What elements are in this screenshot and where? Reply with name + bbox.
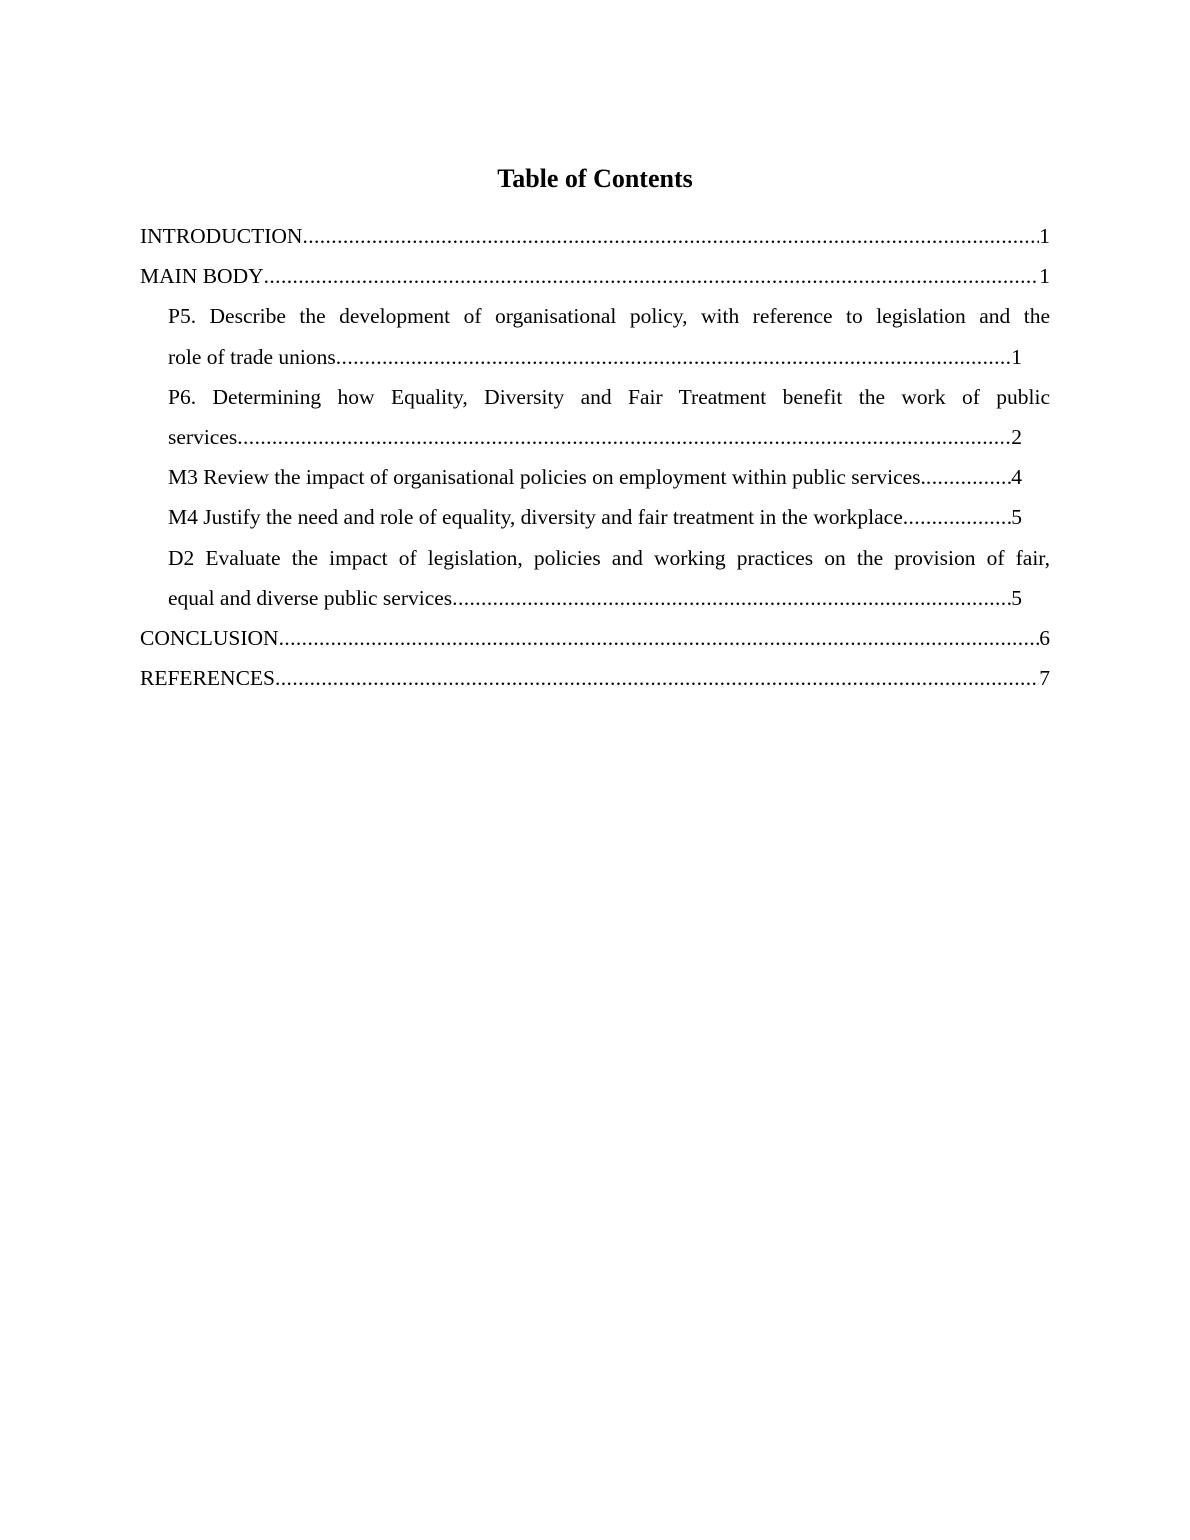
dot-leader (903, 497, 1012, 537)
toc-entry-label-line2: services (168, 417, 237, 457)
document-page: Table of Contents INTRODUCTION 1 MAIN BO… (0, 0, 1190, 1540)
toc-entry-label-line2: equal and diverse public services (168, 578, 452, 618)
dot-leader (336, 337, 1011, 377)
toc-entry-introduction[interactable]: INTRODUCTION 1 (140, 216, 1050, 256)
dot-leader (279, 618, 1040, 658)
toc-entry-label: REFERENCES (140, 658, 275, 698)
table-of-contents: INTRODUCTION 1 MAIN BODY 1 P5. Describe … (140, 216, 1050, 698)
toc-entry-label: MAIN BODY (140, 256, 264, 296)
toc-page-number: 6 (1039, 618, 1050, 658)
dot-leader (302, 216, 1039, 256)
toc-entry-m4[interactable]: M4 Justify the need and role of equality… (168, 497, 1022, 537)
toc-entry-label-line1: P5. Describe the development of organisa… (168, 296, 1050, 336)
toc-entry-label-line2: role of trade unions (168, 337, 336, 377)
toc-page-number: 5 (1011, 578, 1022, 618)
toc-entry-label: CONCLUSION (140, 618, 279, 658)
toc-entry-label: INTRODUCTION (140, 216, 302, 256)
toc-entry-label-line1: D2 Evaluate the impact of legislation, p… (168, 538, 1050, 578)
toc-entry-main-body[interactable]: MAIN BODY 1 (140, 256, 1050, 296)
toc-entry-label-line1: P6. Determining how Equality, Diversity … (168, 377, 1050, 417)
toc-entry-p5[interactable]: P5. Describe the development of organisa… (168, 296, 1022, 376)
dot-leader (237, 417, 1011, 457)
page-title: Table of Contents (0, 162, 1190, 196)
toc-entry-d2[interactable]: D2 Evaluate the impact of legislation, p… (168, 538, 1022, 618)
toc-entry-label: M3 Review the impact of organisational p… (168, 457, 926, 497)
toc-page-number: 1 (1011, 337, 1022, 377)
toc-entry-conclusion[interactable]: CONCLUSION 6 (140, 618, 1050, 658)
dot-leader (264, 256, 1040, 296)
dot-leader (452, 578, 1011, 618)
dot-leader (275, 658, 1039, 698)
toc-page-number: 2 (1011, 417, 1022, 457)
toc-entry-references[interactable]: REFERENCES 7 (140, 658, 1050, 698)
dot-leader (926, 457, 1011, 497)
toc-page-number: 4 (1011, 457, 1022, 497)
toc-page-number: 5 (1011, 497, 1022, 537)
toc-entry-label: M4 Justify the need and role of equality… (168, 497, 903, 537)
toc-entry-p6[interactable]: P6. Determining how Equality, Diversity … (168, 377, 1022, 457)
toc-page-number: 7 (1039, 658, 1050, 698)
toc-entry-m3[interactable]: M3 Review the impact of organisational p… (168, 457, 1022, 497)
toc-page-number: 1 (1039, 256, 1050, 296)
toc-page-number: 1 (1039, 216, 1050, 256)
